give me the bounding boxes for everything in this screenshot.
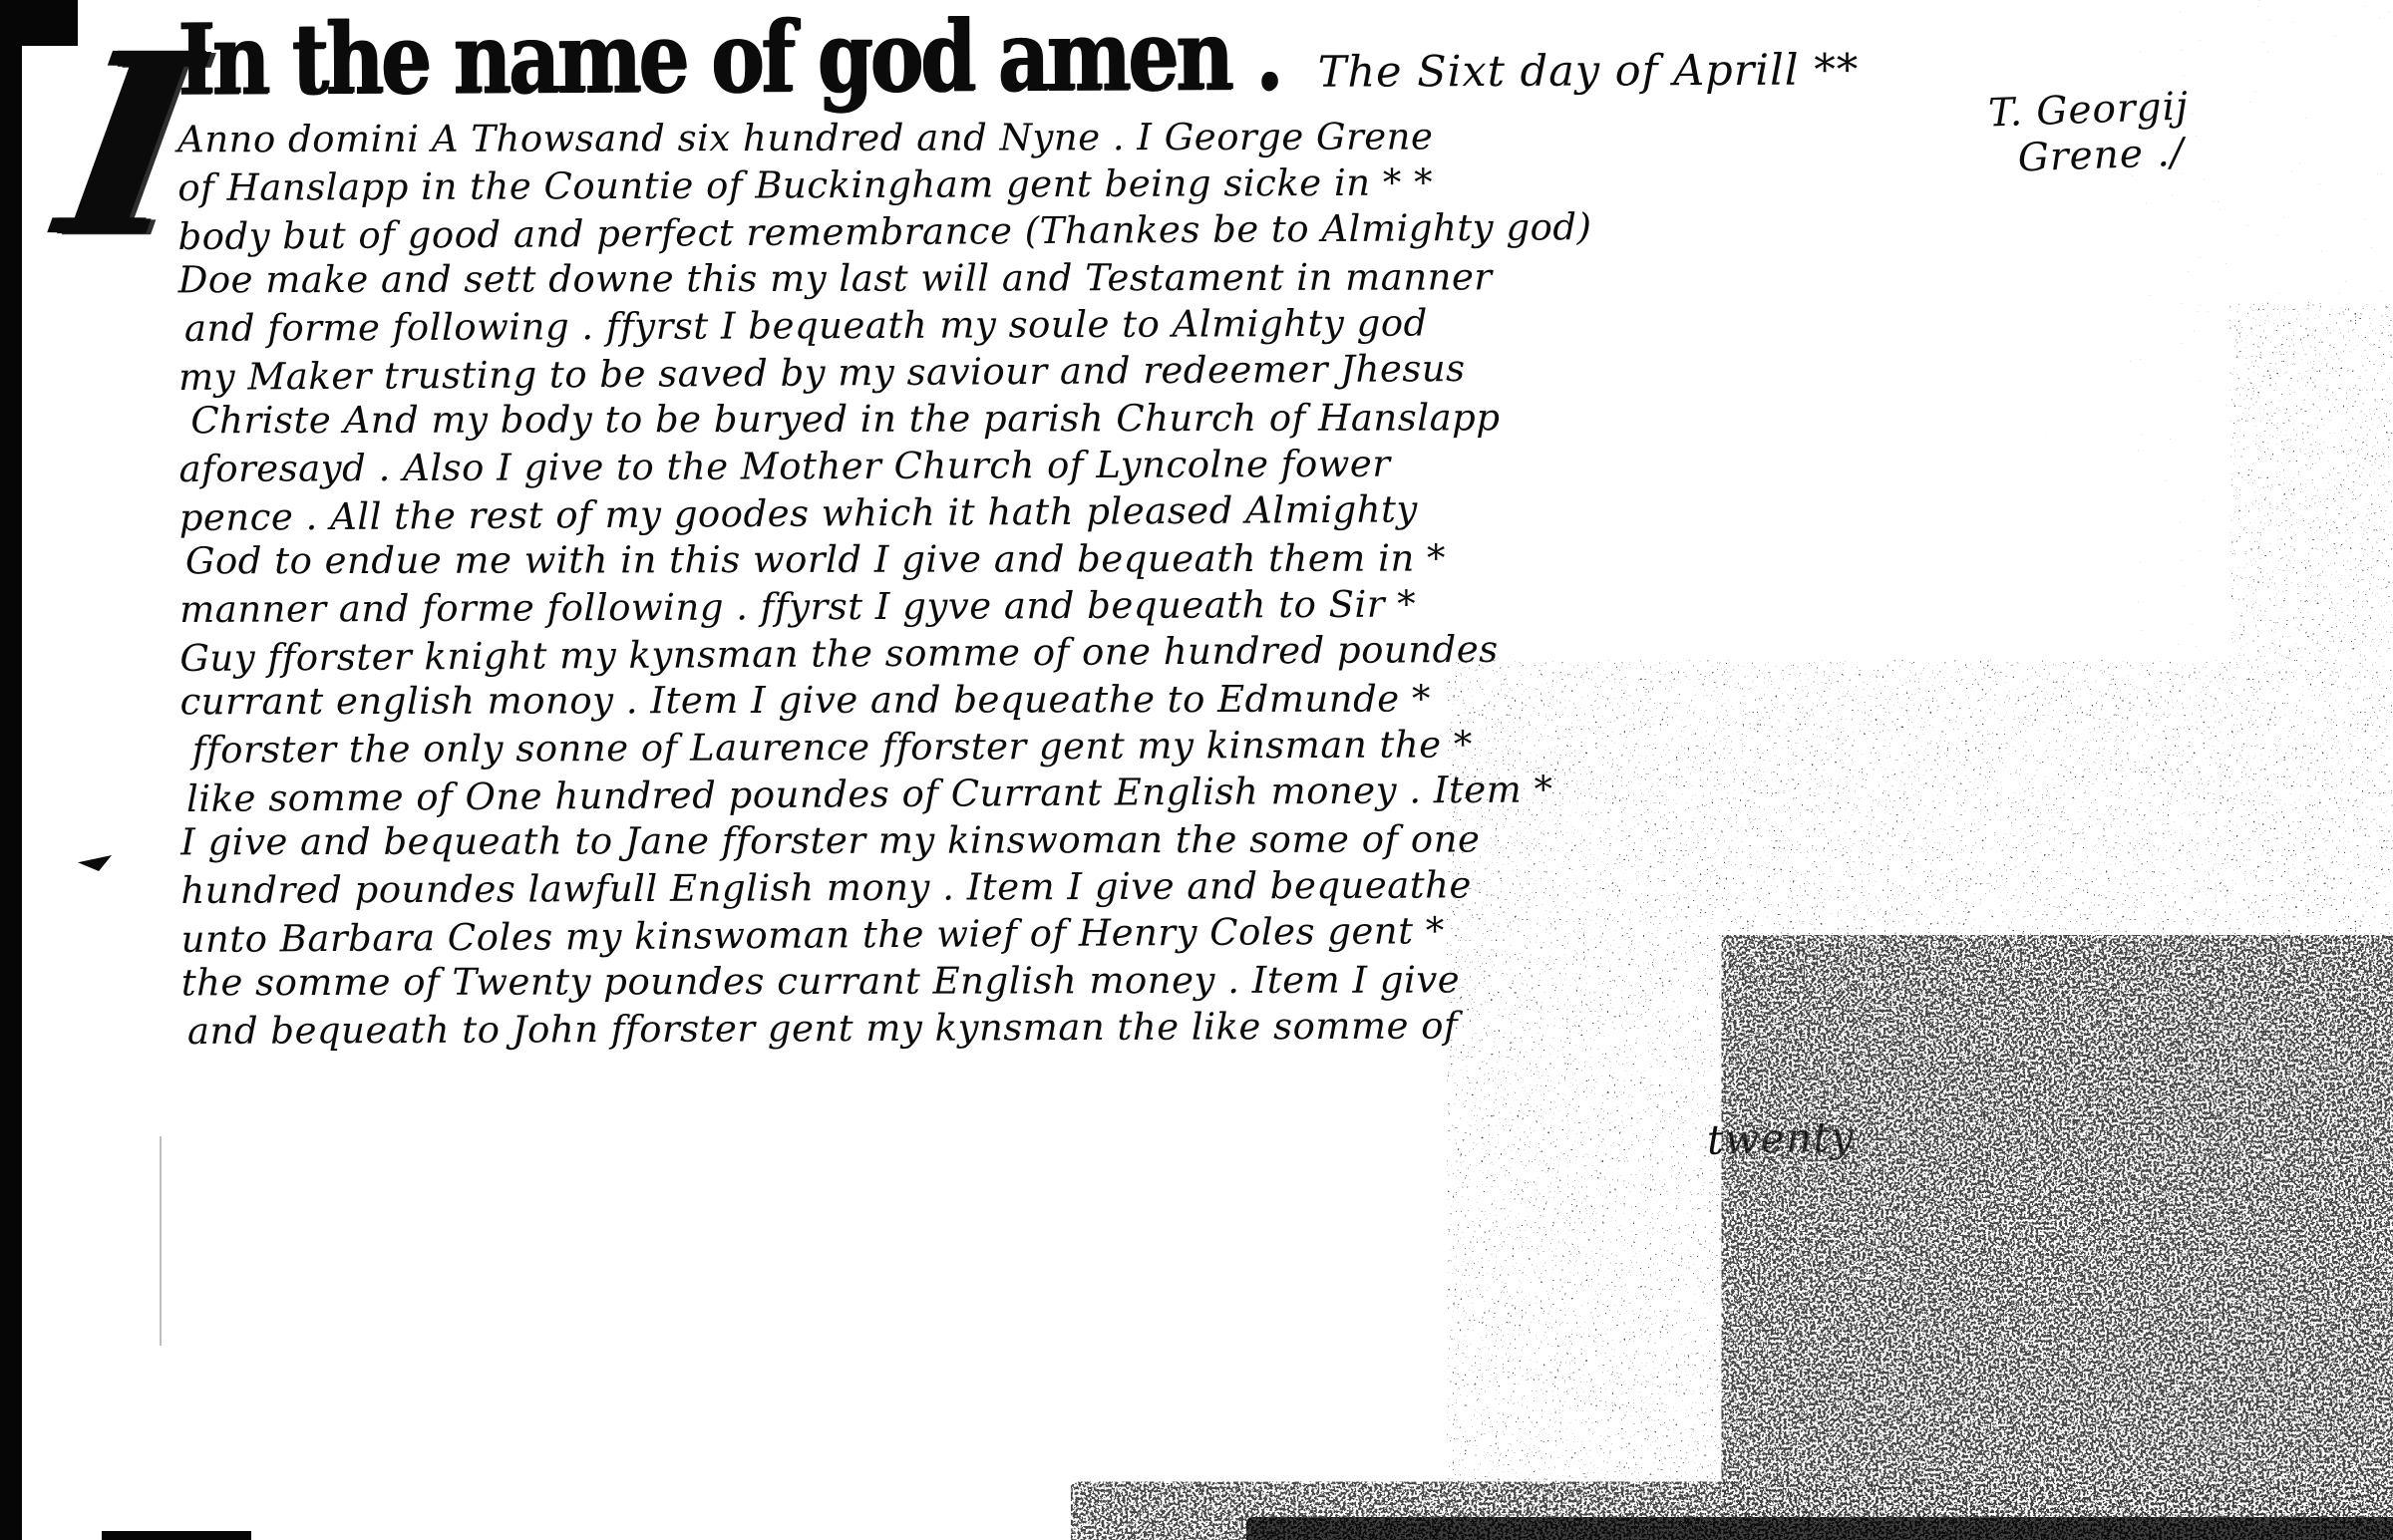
bottom-left-grain [60, 1395, 1157, 1540]
manuscript-line: body but of good and perfect remembrance… [177, 202, 1733, 260]
catchword: twenty [1706, 1112, 1855, 1164]
manuscript-body: Anno domini A Thowsand six hundred and N… [177, 111, 1737, 1055]
manuscript-line: my Maker trusting to be saved by my savi… [178, 343, 1734, 401]
manuscript-line: Christe And my body to be buryed in the … [178, 394, 1734, 445]
paper-fold-line [160, 1136, 162, 1346]
margin-note-line: T. Georgij [1987, 85, 2189, 138]
manuscript-line: the somme of Twenty poundes currant Engl… [181, 956, 1737, 1007]
manuscript-line: like somme of One hundred poundes of Cur… [180, 765, 1736, 822]
manuscript-line: and bequeath to John fforster gent my ky… [181, 1001, 1737, 1055]
manuscript-line: currant english monoy . Item I give and … [180, 675, 1736, 726]
bottom-left-scan-mark [102, 1531, 251, 1540]
bottom-scan-bar [1246, 1517, 2393, 1540]
heading-blackletter: In the name of god amen . [177, 0, 1280, 117]
manuscript-line: unto Barbara Coles my kinswoman the wief… [180, 905, 1736, 963]
manuscript-line: Guy fforster knight my kynsman the somme… [179, 624, 1735, 682]
margin-note: T. Georgij Grene ./ [1987, 85, 2191, 183]
manuscript-line: Anno domini A Thowsand six hundred and N… [177, 113, 1733, 163]
manuscript-line: God to endue me with in this world I giv… [179, 534, 1735, 585]
right-stain-noise [2233, 319, 2393, 1136]
bottom-right-stain-inner [1735, 947, 2393, 1540]
manuscript-line: Doe make and sett downe this my last wil… [178, 253, 1734, 304]
left-scan-edge [0, 0, 22, 1540]
top-left-scan-corner [0, 0, 78, 46]
manuscript-line: I give and bequeath to Jane fforster my … [180, 815, 1736, 866]
margin-note-line: Grene ./ [1989, 130, 2191, 182]
manuscript-scan-page: I In the name of god amen . The Sixt day… [0, 0, 2393, 1540]
margin-ink-blot [78, 855, 112, 871]
manuscript-line: pence . All the rest of my goodes which … [179, 483, 1735, 541]
heading-date-text: The Sixt day of Aprill ** [1318, 45, 1860, 97]
right-margin-noise [2134, 0, 2393, 1540]
